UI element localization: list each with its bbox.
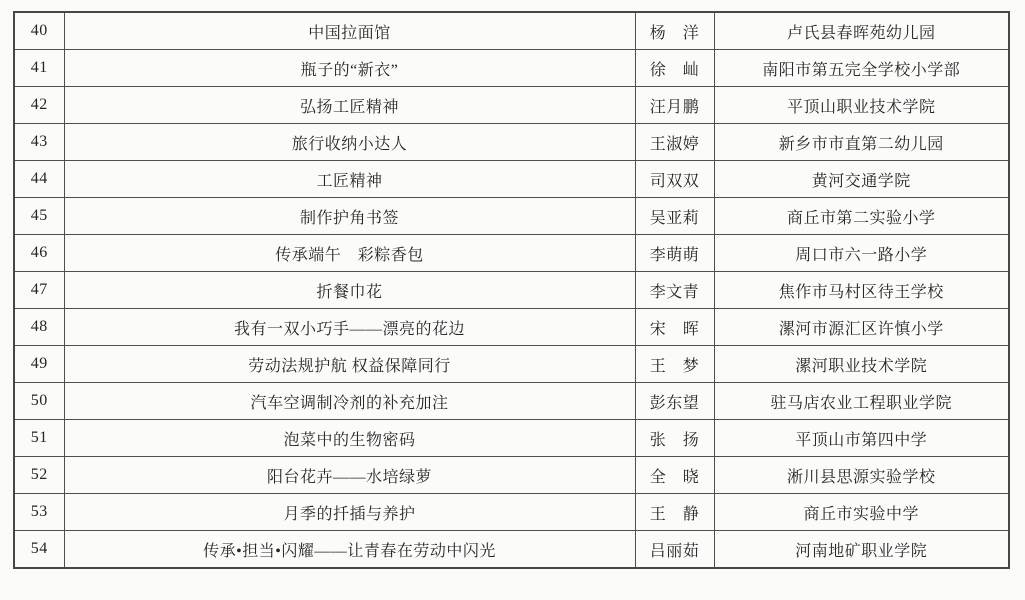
school-name: 新乡市市直第二幼儿园	[714, 124, 1009, 161]
author-name: 王 梦	[635, 346, 714, 383]
table-row: 48 我有一双小巧手——漂亮的花边 宋 晖 漯河市源汇区许慎小学	[14, 309, 1009, 346]
author-name: 司双双	[635, 161, 714, 198]
work-title: 我有一双小巧手——漂亮的花边	[64, 309, 635, 346]
school-name: 漯河职业技术学院	[714, 346, 1009, 383]
work-title: 月季的扦插与养护	[64, 494, 635, 531]
author-name: 汪月鹏	[635, 87, 714, 124]
author-name: 吕丽茹	[635, 531, 714, 569]
author-name: 全 晓	[635, 457, 714, 494]
entry-number: 46	[14, 235, 64, 272]
school-name: 漯河市源汇区许慎小学	[714, 309, 1009, 346]
work-title: 制作护角书签	[64, 198, 635, 235]
entry-number: 52	[14, 457, 64, 494]
work-title: 劳动法规护航 权益保障同行	[64, 346, 635, 383]
work-title: 泡菜中的生物密码	[64, 420, 635, 457]
author-name: 杨 洋	[635, 12, 714, 50]
school-name: 焦作市马村区待王学校	[714, 272, 1009, 309]
entry-number: 47	[14, 272, 64, 309]
work-title: 折餐巾花	[64, 272, 635, 309]
table-row: 43 旅行收纳小达人 王淑婷 新乡市市直第二幼儿园	[14, 124, 1009, 161]
document-page: 40 中国拉面馆 杨 洋 卢氏县春晖苑幼儿园 41 瓶子的“新衣” 徐 屾 南阳…	[0, 0, 1025, 600]
table-row: 53 月季的扦插与养护 王 静 商丘市实验中学	[14, 494, 1009, 531]
work-title: 弘扬工匠精神	[64, 87, 635, 124]
table-row: 52 阳台花卉——水培绿萝 全 晓 淅川县思源实验学校	[14, 457, 1009, 494]
award-list-table: 40 中国拉面馆 杨 洋 卢氏县春晖苑幼儿园 41 瓶子的“新衣” 徐 屾 南阳…	[13, 11, 1010, 569]
work-title: 旅行收纳小达人	[64, 124, 635, 161]
entry-number: 49	[14, 346, 64, 383]
work-title: 传承•担当•闪耀——让青春在劳动中闪光	[64, 531, 635, 569]
school-name: 周口市六一路小学	[714, 235, 1009, 272]
table-row: 46 传承端午 彩粽香包 李萌萌 周口市六一路小学	[14, 235, 1009, 272]
table-row: 45 制作护角书签 吴亚莉 商丘市第二实验小学	[14, 198, 1009, 235]
table-row: 54 传承•担当•闪耀——让青春在劳动中闪光 吕丽茹 河南地矿职业学院	[14, 531, 1009, 569]
table-row: 47 折餐巾花 李文青 焦作市马村区待王学校	[14, 272, 1009, 309]
school-name: 驻马店农业工程职业学院	[714, 383, 1009, 420]
author-name: 彭东望	[635, 383, 714, 420]
school-name: 淅川县思源实验学校	[714, 457, 1009, 494]
entry-number: 45	[14, 198, 64, 235]
entry-number: 42	[14, 87, 64, 124]
school-name: 河南地矿职业学院	[714, 531, 1009, 569]
work-title: 阳台花卉——水培绿萝	[64, 457, 635, 494]
entry-number: 50	[14, 383, 64, 420]
author-name: 王 静	[635, 494, 714, 531]
author-name: 吴亚莉	[635, 198, 714, 235]
table-row: 44 工匠精神 司双双 黄河交通学院	[14, 161, 1009, 198]
work-title: 瓶子的“新衣”	[64, 50, 635, 87]
school-name: 平顶山市第四中学	[714, 420, 1009, 457]
table-row: 51 泡菜中的生物密码 张 扬 平顶山市第四中学	[14, 420, 1009, 457]
table-row: 41 瓶子的“新衣” 徐 屾 南阳市第五完全学校小学部	[14, 50, 1009, 87]
author-name: 徐 屾	[635, 50, 714, 87]
school-name: 平顶山职业技术学院	[714, 87, 1009, 124]
work-title: 工匠精神	[64, 161, 635, 198]
table-row: 42 弘扬工匠精神 汪月鹏 平顶山职业技术学院	[14, 87, 1009, 124]
entry-number: 44	[14, 161, 64, 198]
school-name: 南阳市第五完全学校小学部	[714, 50, 1009, 87]
entry-number: 53	[14, 494, 64, 531]
entry-number: 41	[14, 50, 64, 87]
table-row: 40 中国拉面馆 杨 洋 卢氏县春晖苑幼儿园	[14, 12, 1009, 50]
work-title: 传承端午 彩粽香包	[64, 235, 635, 272]
entry-number: 51	[14, 420, 64, 457]
table-row: 50 汽车空调制冷剂的补充加注 彭东望 驻马店农业工程职业学院	[14, 383, 1009, 420]
table-row: 49 劳动法规护航 权益保障同行 王 梦 漯河职业技术学院	[14, 346, 1009, 383]
entry-number: 40	[14, 12, 64, 50]
work-title: 中国拉面馆	[64, 12, 635, 50]
table-body: 40 中国拉面馆 杨 洋 卢氏县春晖苑幼儿园 41 瓶子的“新衣” 徐 屾 南阳…	[14, 12, 1009, 568]
author-name: 王淑婷	[635, 124, 714, 161]
author-name: 张 扬	[635, 420, 714, 457]
school-name: 商丘市第二实验小学	[714, 198, 1009, 235]
entry-number: 54	[14, 531, 64, 569]
entry-number: 43	[14, 124, 64, 161]
work-title: 汽车空调制冷剂的补充加注	[64, 383, 635, 420]
school-name: 商丘市实验中学	[714, 494, 1009, 531]
author-name: 李萌萌	[635, 235, 714, 272]
author-name: 宋 晖	[635, 309, 714, 346]
author-name: 李文青	[635, 272, 714, 309]
school-name: 卢氏县春晖苑幼儿园	[714, 12, 1009, 50]
entry-number: 48	[14, 309, 64, 346]
school-name: 黄河交通学院	[714, 161, 1009, 198]
